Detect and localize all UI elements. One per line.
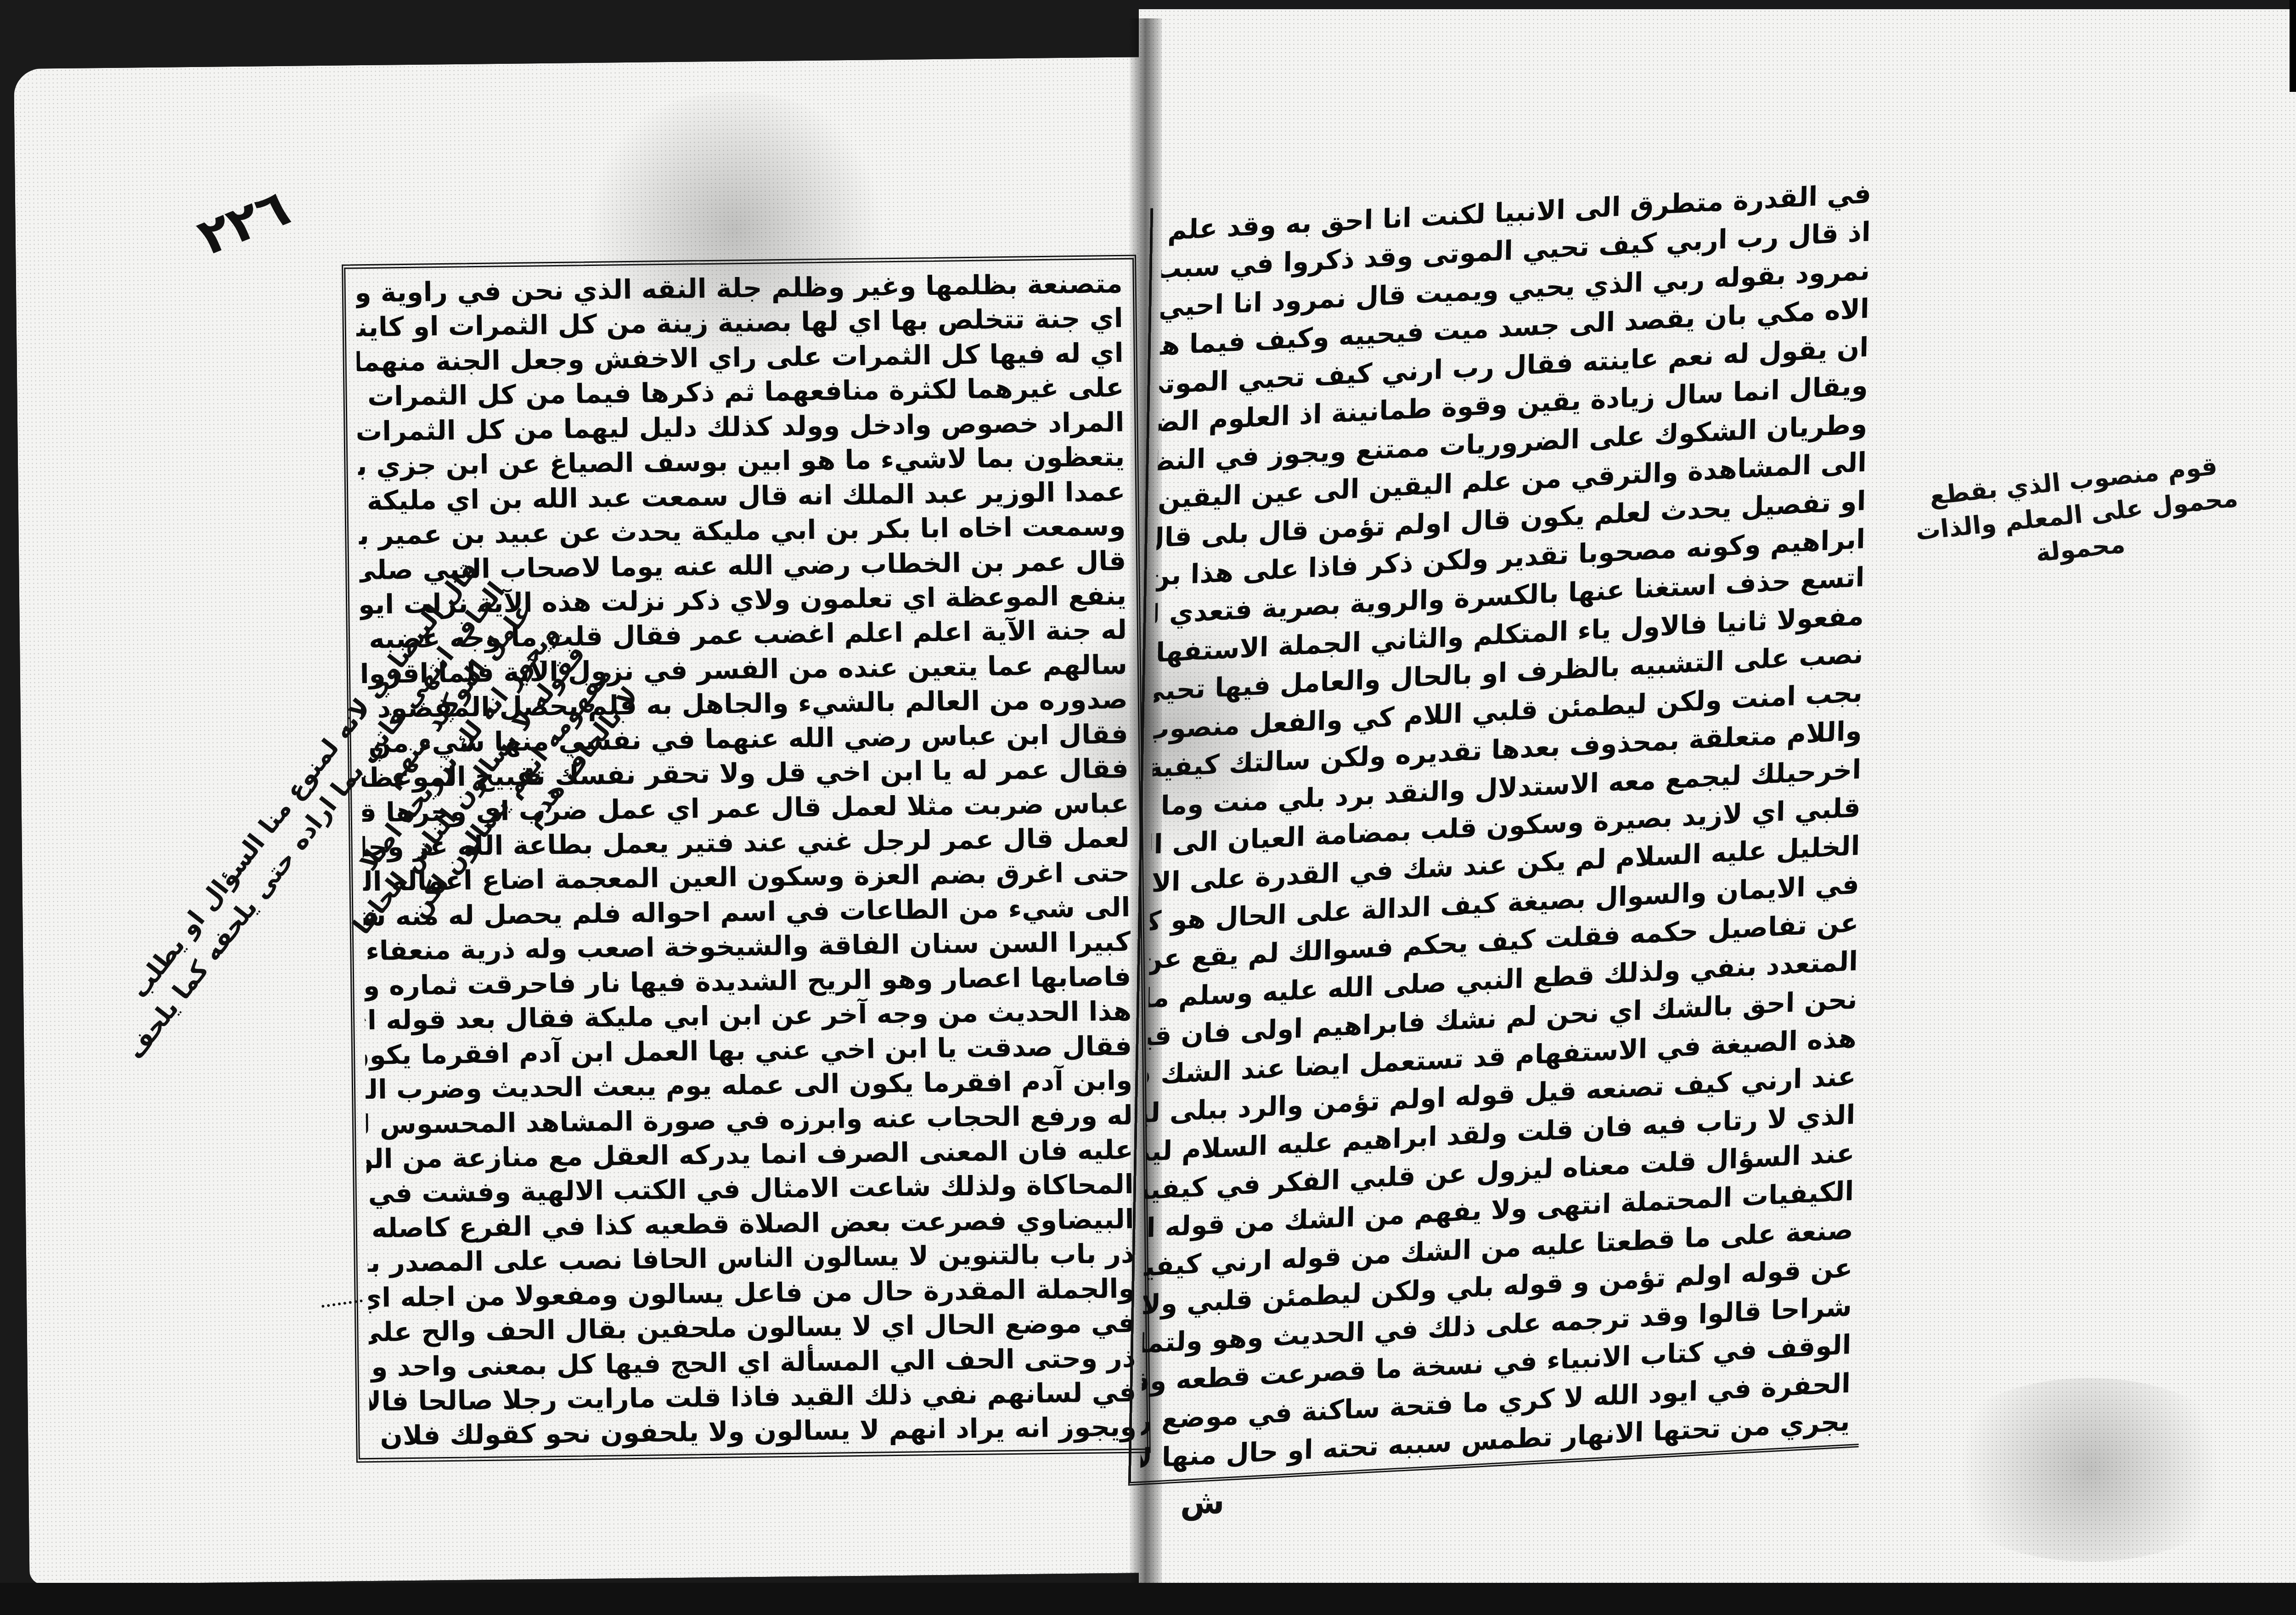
catchword: ش [1180, 1484, 1225, 1521]
scan-background-corner [2290, 0, 2296, 92]
scan-background-bottom [0, 1583, 2296, 1615]
paper-stain [1929, 1378, 2250, 1562]
manuscript-spread: ٢٢٦ متصنعة بظلمها وغير وظلم جلة النقه ال… [0, 0, 2296, 1615]
right-page-text-block: في القدرة متطرق الى الانبيا لكنت انا احق… [1128, 170, 1881, 1485]
